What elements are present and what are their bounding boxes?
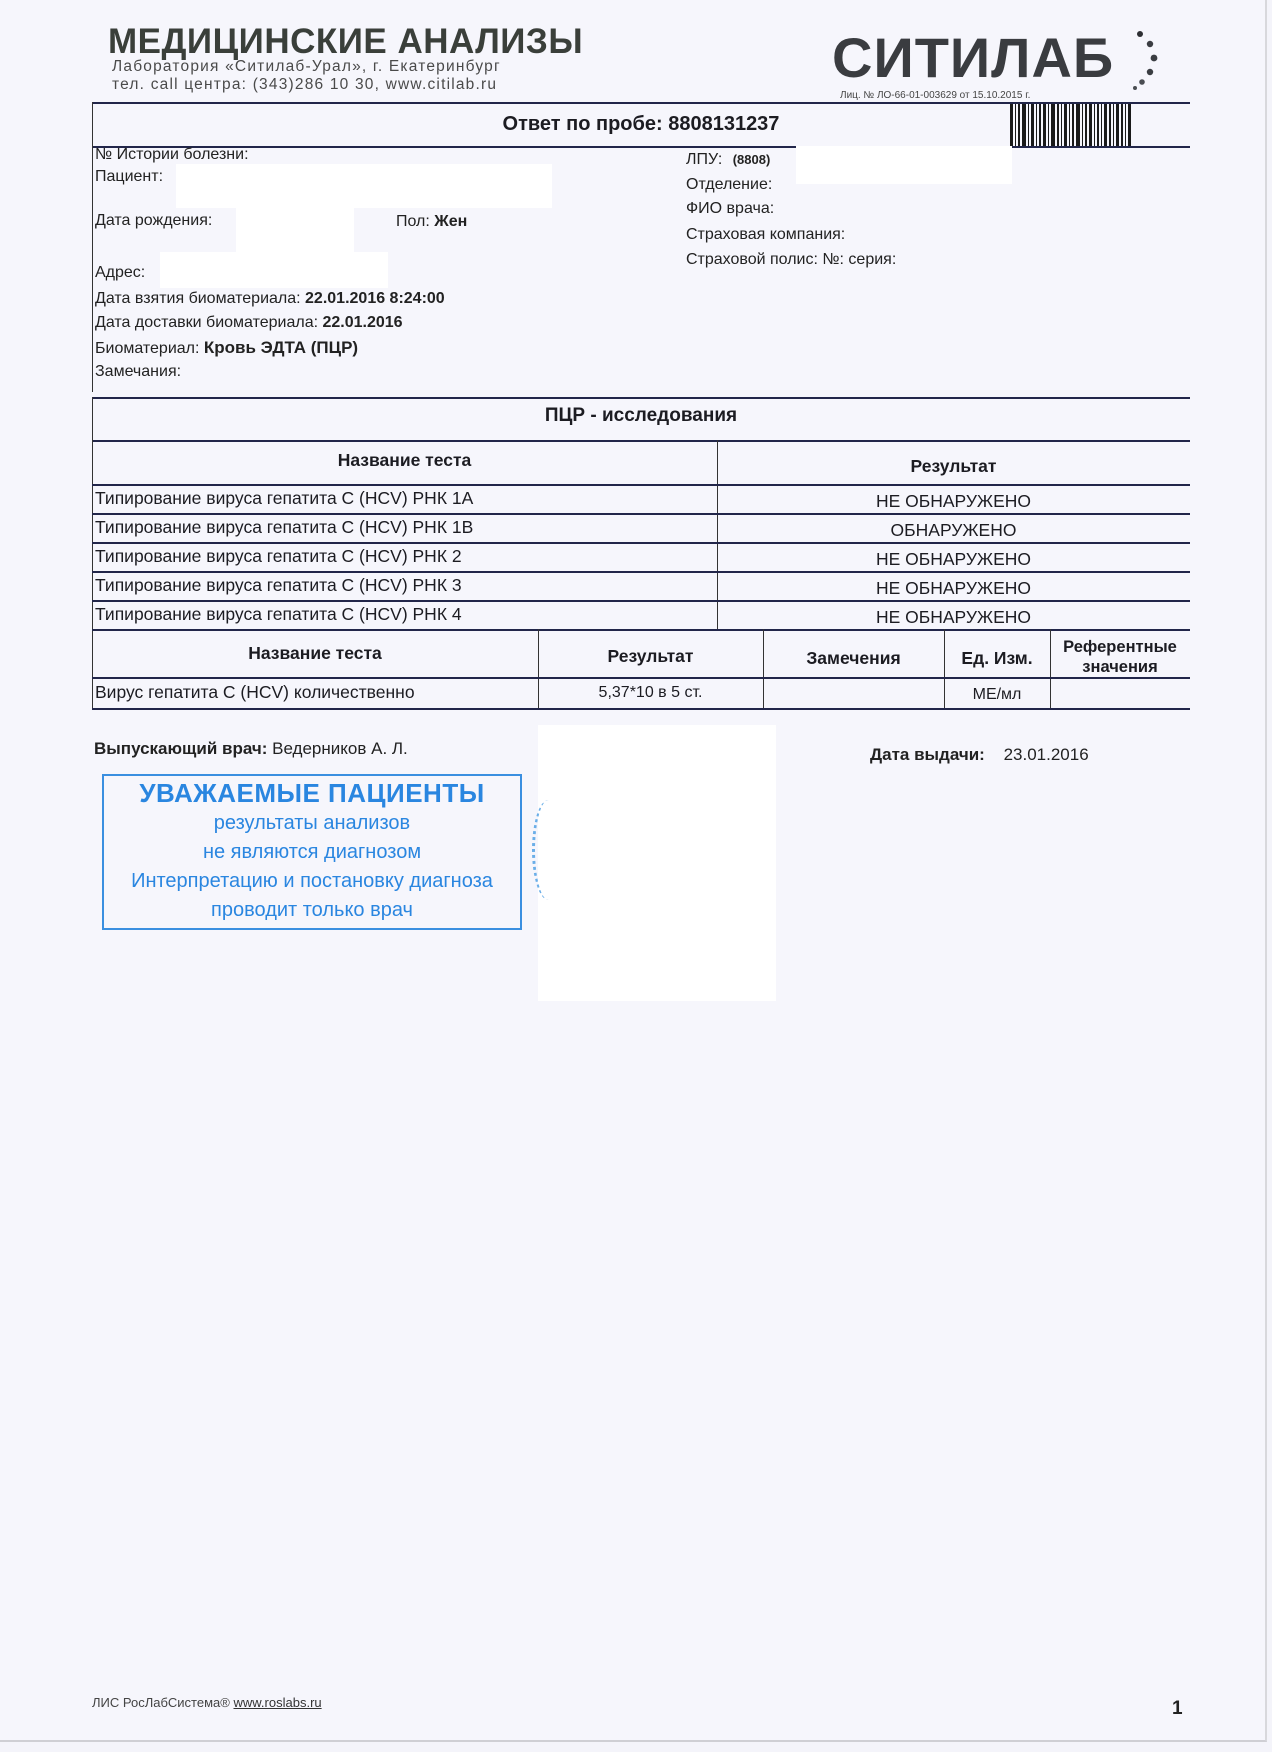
rule — [92, 484, 1190, 486]
quant-name-cell: Вирус гепатита С (HCV) количественно — [95, 682, 415, 703]
row-rule — [92, 542, 1190, 544]
lab-line: Лаборатория «Ситилаб-Урал», г. Екатеринб… — [112, 58, 501, 76]
stamp-line-1: УВАЖАЕМЫЕ ПАЦИЕНТЫ — [104, 778, 520, 809]
doctor-label: ФИО врача: — [686, 200, 774, 218]
redacted-address — [160, 252, 388, 288]
department-label: Отделение: — [686, 176, 772, 194]
redacted-signature — [538, 725, 776, 1001]
collected-label: Дата взятия биоматериала: — [95, 290, 301, 307]
pcr-test-result: НЕ ОБНАРУЖЕНО — [717, 491, 1190, 512]
pcr-test-result: НЕ ОБНАРУЖЕНО — [717, 578, 1190, 599]
pcr-section-title: ПЦР - исследования — [92, 405, 1190, 427]
rule — [92, 146, 1190, 148]
issue-date-field: Дата выдачи: 23.01.2016 — [870, 745, 1089, 765]
rule — [92, 708, 1190, 710]
pcr-test-name: Типирование вируса гепатита С (HCV) РНК … — [95, 604, 462, 625]
insurance-label: Страховая компания: — [686, 226, 845, 244]
collected-field: Дата взятия биоматериала: 22.01.2016 8:2… — [95, 290, 445, 308]
sex-field: Пол: Жен — [396, 213, 467, 231]
issue-date-label: Дата выдачи: — [870, 745, 985, 764]
rule — [92, 629, 1190, 631]
lab-subtitle: Лаборатория «Ситилаб-Урал», г. Екатеринб… — [112, 58, 501, 94]
pcr-test-result: НЕ ОБНАРУЖЕНО — [717, 549, 1190, 570]
quant-col-unit: Ед. Изм. — [944, 648, 1050, 669]
stamp-line-4: Интерпретацию и постановку диагноза — [104, 867, 520, 896]
footer-system: ЛИС РосЛабСистема® — [92, 1695, 230, 1710]
quant-col-reference: Референтные значения — [1050, 637, 1190, 677]
row-rule — [92, 571, 1190, 573]
rule — [92, 397, 1190, 399]
delivered-field: Дата доставки биоматериала: 22.01.2016 — [95, 314, 403, 332]
pcr-test-name: Типирование вируса гепатита С (HCV) РНК … — [95, 517, 473, 538]
stamp-line-5: проводит только врач — [104, 896, 520, 925]
footer-link[interactable]: www.roslabs.ru — [233, 1695, 321, 1710]
disclaimer-stamp: УВАЖАЕМЫЕ ПАЦИЕНТЫ результаты анализов н… — [102, 774, 522, 930]
address-label: Адрес: — [95, 264, 145, 282]
rule — [92, 677, 1190, 679]
license-text: Лиц. № ЛО-66-01-003629 от 15.10.2015 г. — [840, 90, 1030, 101]
biomaterial-field: Биоматериал: Кровь ЭДТА (ПЦР) — [95, 338, 358, 358]
lpu-field: ЛПУ: (8808) — [686, 151, 770, 169]
lpu-value: (8808) — [733, 152, 771, 167]
lpu-label: ЛПУ: — [686, 151, 722, 168]
brand-logo: СИТИЛАБ — [832, 28, 1114, 88]
redacted-birthdate — [236, 208, 354, 252]
redacted-lpu — [796, 146, 1012, 184]
pcr-test-name: Типирование вируса гепатита С (HCV) РНК … — [95, 575, 462, 596]
pcr-test-result: ОБНАРУЖЕНО — [717, 520, 1190, 541]
sex-value: Жен — [434, 213, 467, 230]
round-seal-icon — [532, 800, 565, 900]
column-divider — [763, 629, 764, 709]
row-rule — [92, 513, 1190, 515]
footer: ЛИС РосЛабСистема® www.roslabs.ru — [92, 1695, 322, 1710]
row-rule — [92, 600, 1190, 602]
collected-value: 22.01.2016 8:24:00 — [305, 290, 445, 307]
history-label: № Истории болезни: — [95, 146, 249, 164]
birth-label: Дата рождения: — [95, 212, 212, 230]
pcr-col-result: Результат — [717, 456, 1190, 477]
biomaterial-label: Биоматериал: — [95, 340, 199, 357]
delivered-value: 22.01.2016 — [323, 314, 403, 331]
quant-col-remarks: Замечения — [763, 648, 944, 669]
releasing-doctor-label: Выпускающий врач: — [94, 739, 267, 758]
releasing-doctor-name: Ведерников А. Л. — [272, 739, 408, 758]
pcr-test-name: Типирование вируса гепатита С (HCV) РНК … — [95, 488, 473, 509]
page-number: 1 — [1172, 1698, 1183, 1720]
remarks-label: Замечания: — [95, 363, 181, 381]
quant-unit-cell: МЕ/мл — [944, 686, 1050, 704]
redacted-patient — [176, 164, 552, 208]
patient-label: Пациент: — [95, 168, 163, 186]
stamp-line-2: результаты анализов — [104, 809, 520, 838]
border — [92, 102, 93, 392]
quant-col-result: Результат — [538, 646, 763, 667]
pcr-test-result: НЕ ОБНАРУЖЕНО — [717, 607, 1190, 628]
lab-report-page: МЕДИЦИНСКИЕ АНАЛИЗЫ Лаборатория «Ситилаб… — [0, 0, 1267, 1742]
pcr-test-name: Типирование вируса гепатита С (HCV) РНК … — [95, 546, 462, 567]
quant-col-name: Название теста — [92, 643, 538, 664]
barcode-icon — [1010, 104, 1150, 146]
brand-dots-icon — [1132, 28, 1172, 92]
rule — [92, 440, 1190, 442]
contact-line: тел. call центра: (343)286 10 30, www.ci… — [112, 76, 501, 94]
delivered-label: Дата доставки биоматериала: — [95, 314, 318, 331]
quant-result-cell: 5,37*10 в 5 ст. — [538, 684, 763, 702]
lab-title: МЕДИЦИНСКИЕ АНАЛИЗЫ — [108, 22, 583, 62]
policy-label: Страховой полис: №: серия: — [686, 251, 896, 269]
stamp-line-3: не являются диагнозом — [104, 838, 520, 867]
sex-label: Пол: — [396, 213, 430, 230]
releasing-doctor: Выпускающий врач: Ведерников А. Л. — [94, 739, 408, 759]
issue-date-value: 23.01.2016 — [1004, 745, 1089, 764]
biomaterial-value: Кровь ЭДТА (ПЦР) — [204, 338, 358, 357]
pcr-col-name: Название теста — [92, 450, 717, 471]
